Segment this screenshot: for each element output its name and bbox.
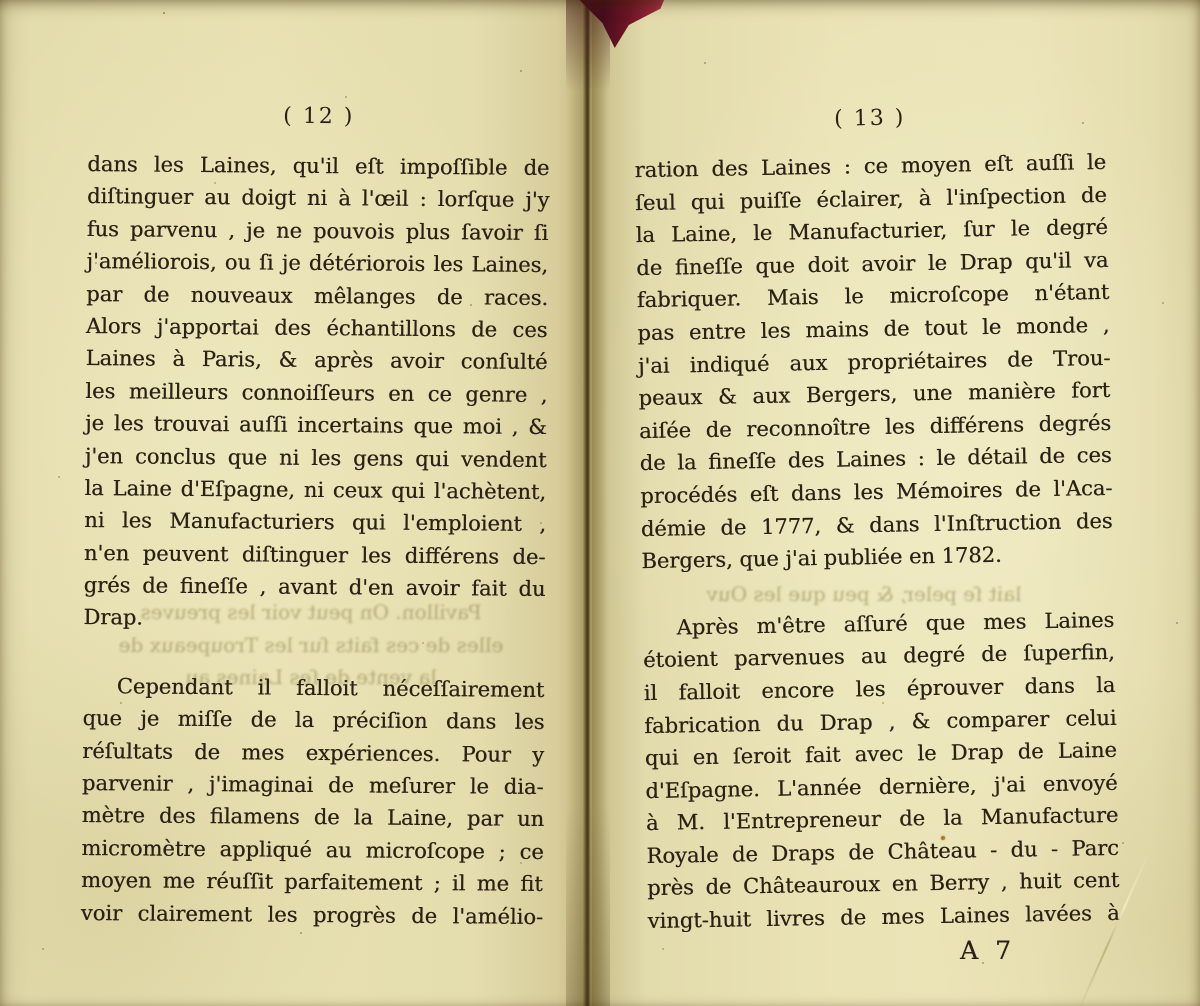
text-line: Bergers, que j'ai publiée en 1782. — [641, 537, 1113, 578]
text-line: par de nouveaux mêlanges de races. — [86, 278, 548, 314]
paragraph: Cependant il falloit néceſſairementque j… — [81, 670, 545, 933]
paragraph: Après m'être aſſuré que mes Lainesétoien… — [642, 604, 1120, 938]
text-line: je les trouvai auſſi incertains que moi … — [85, 407, 547, 443]
text-line: Drap. — [83, 601, 545, 637]
paragraph: ration des Laines : ce moyen eſt auſſi l… — [634, 146, 1113, 578]
text-line: la Laine d'Eſpagne, ni ceux qui l'achète… — [84, 472, 546, 508]
foxing-spot — [941, 836, 945, 840]
text-line: que je miſſe de la préciſion dans les — [82, 702, 544, 738]
right-page: lait ſe peler, & peu que les Ouv ( 13 ) … — [592, 0, 1200, 1006]
text-line: fus parvenu , je ne pouvois plus ſavoir … — [87, 213, 549, 249]
text-line: voir clairement les progrès de l'amélio- — [81, 897, 543, 933]
text-line: Laines à Paris, & après avoir conſulté — [86, 342, 548, 378]
text-line: les meilleurs connoiſſeurs en ce genre , — [85, 375, 547, 411]
text-line: grés de fineſſe , avant d'en avoir fait … — [84, 569, 546, 605]
left-page-paragraphs: dans les Laines, qu'il eſt impoſſible de… — [81, 148, 550, 933]
book-photo: Pavillon. On peut voir les preuveselles … — [0, 0, 1200, 1006]
right-page-paragraphs: ration des Laines : ce moyen eſt auſſi l… — [634, 146, 1120, 938]
text-line: n'en peuvent diſtinguer les différens de… — [84, 537, 546, 573]
text-line: mètre des filamens de la Laine, par un — [82, 799, 544, 835]
paragraph: dans les Laines, qu'il eſt impoſſible de… — [83, 148, 549, 638]
text-line: j'en conclus que ni les gens qui vendent — [85, 439, 547, 475]
text-line: réſultats de mes expériences. Pour y — [82, 735, 544, 771]
page-number-left: ( 12 ) — [87, 102, 549, 152]
right-text-block: ( 13 ) ration des Laines : ce moyen eſt … — [634, 102, 1120, 938]
text-line: moyen me réuſſit parfaitement ; il me fi… — [81, 864, 543, 900]
text-line: Cependant il falloit néceſſairement — [83, 670, 545, 706]
text-line: vingt-huit livres de mes Laines lavées à — [647, 897, 1119, 938]
text-line: micromètre appliqué au microſcope ; ce — [81, 832, 543, 868]
text-line: Alors j'apportai des échantillons de ces — [86, 310, 548, 346]
text-line: parvenir , j'imaginai de meſurer le dia- — [82, 767, 544, 803]
text-line: diſtinguer au doigt ni à l'œil : lorſque… — [87, 180, 549, 216]
left-text-block: ( 12 ) dans les Laines, qu'il eſt impoſſ… — [81, 102, 550, 933]
text-line: j'améliorois, ou ſi je détériorois les L… — [86, 245, 548, 281]
text-line: ni les Manufacturiers qui l'emploient , — [84, 504, 546, 540]
text-line: dans les Laines, qu'il eſt impoſſible de — [87, 148, 549, 184]
signature-mark: A 7 — [960, 936, 1011, 965]
left-page: Pavillon. On peut voir les preuveselles … — [0, 0, 592, 1006]
